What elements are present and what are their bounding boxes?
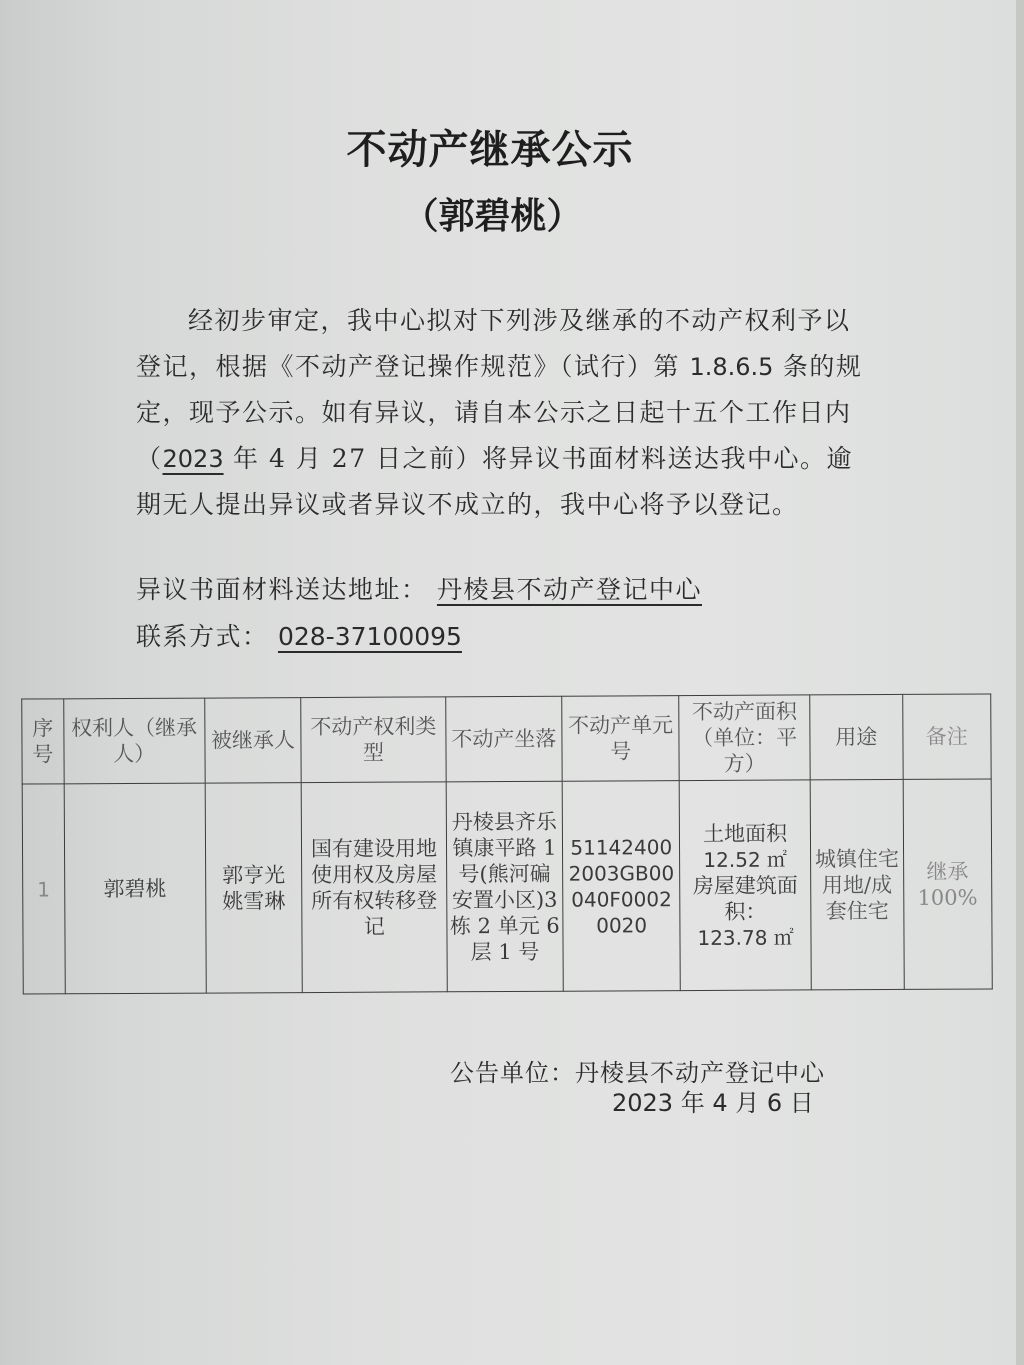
header-unit-no: 不动产单元号 (562, 696, 679, 782)
deadline-year: 2023 (163, 445, 224, 473)
header-decedent: 被继承人 (205, 698, 302, 784)
table-row: 1 郭碧桃 郭亨光 姚雪琳 国有建设用地使用权及房屋所有权转移登记 丹棱县齐乐镇… (22, 779, 992, 994)
table-header-row: 序号 权利人（继承人） 被继承人 不动产权利类型 不动产坐落 不动产单元号 不动… (22, 694, 991, 784)
header-right-type: 不动产权利类型 (301, 697, 446, 783)
address-value: 丹棱县不动产登记中心 (437, 575, 702, 604)
area-land-value: 12.52 ㎡ (683, 846, 807, 873)
area-building-value: 123.78 ㎡ (684, 924, 808, 951)
footer: 公告单位：丹棱县不动产登记中心 2023 年 4 月 6 日 (450, 1058, 825, 1118)
header-remark: 备注 (902, 694, 991, 779)
header-usage: 用途 (810, 694, 903, 779)
header-index: 序号 (22, 699, 64, 784)
cell-remark: 继承 100% (903, 779, 993, 989)
issuer-label: 公告单位： (450, 1059, 575, 1087)
paper-edge (1016, 0, 1024, 1365)
cell-unit-no: 511424002003GB00040F00020020 (562, 781, 680, 992)
article-number: 1.8.6.5 (689, 353, 773, 381)
issue-date: 2023 年 4 月 6 日 (450, 1088, 825, 1118)
notice-paragraph: 经初步审定，我中心拟对下列涉及继承的不动产权利予以登记，根据《不动产登记操作规范… (136, 298, 866, 528)
decedent-1: 郭亨光 (209, 862, 299, 888)
cell-right-holder: 郭碧桃 (64, 783, 206, 994)
issuer-line: 公告单位：丹棱县不动产登记中心 (450, 1058, 825, 1088)
cell-location: 丹棱县齐乐镇康平路 1 号(熊河碥安置小区)3 栋 2 单元 6 层 1 号 (446, 781, 564, 992)
area-land-label: 土地面积 (683, 820, 807, 847)
header-right-holder: 权利人（继承人） (63, 698, 205, 784)
inheritance-table: 序号 权利人（继承人） 被继承人 不动产权利类型 不动产坐落 不动产单元号 不动… (21, 693, 993, 994)
issuer-name: 丹棱县不动产登记中心 (575, 1059, 825, 1087)
address-line: 异议书面材料送达地址： 丹棱县不动产登记中心 (136, 570, 702, 606)
contact-value: 028-37100095 (278, 622, 462, 651)
cell-right-type: 国有建设用地使用权及房屋所有权转移登记 (301, 782, 446, 993)
contact-label: 联系方式： (136, 622, 269, 651)
decedent-2: 姚雪琳 (209, 888, 299, 914)
cell-index: 1 (22, 784, 65, 994)
cell-area: 土地面积 12.52 ㎡ 房屋建筑面积： 123.78 ㎡ (679, 780, 811, 991)
header-location: 不动产坐落 (445, 696, 562, 782)
area-building-label: 房屋建筑面积： (683, 872, 807, 925)
cell-decedent: 郭亨光 姚雪琳 (205, 783, 303, 994)
para-part3: 年 4 月 27 日之前）将异议书面材料送达我中心。逾期无人提出异议或者异议不成… (136, 444, 853, 519)
header-area: 不动产面积（单位：平方） (679, 695, 810, 781)
address-label: 异议书面材料送达地址： (136, 575, 428, 604)
contact-line: 联系方式： 028-37100095 (136, 617, 462, 653)
page-title: 不动产继承公示 (0, 118, 980, 175)
page-subtitle: （郭碧桃） (0, 188, 985, 239)
cell-usage: 城镇住宅用地/成套住宅 (810, 779, 904, 989)
